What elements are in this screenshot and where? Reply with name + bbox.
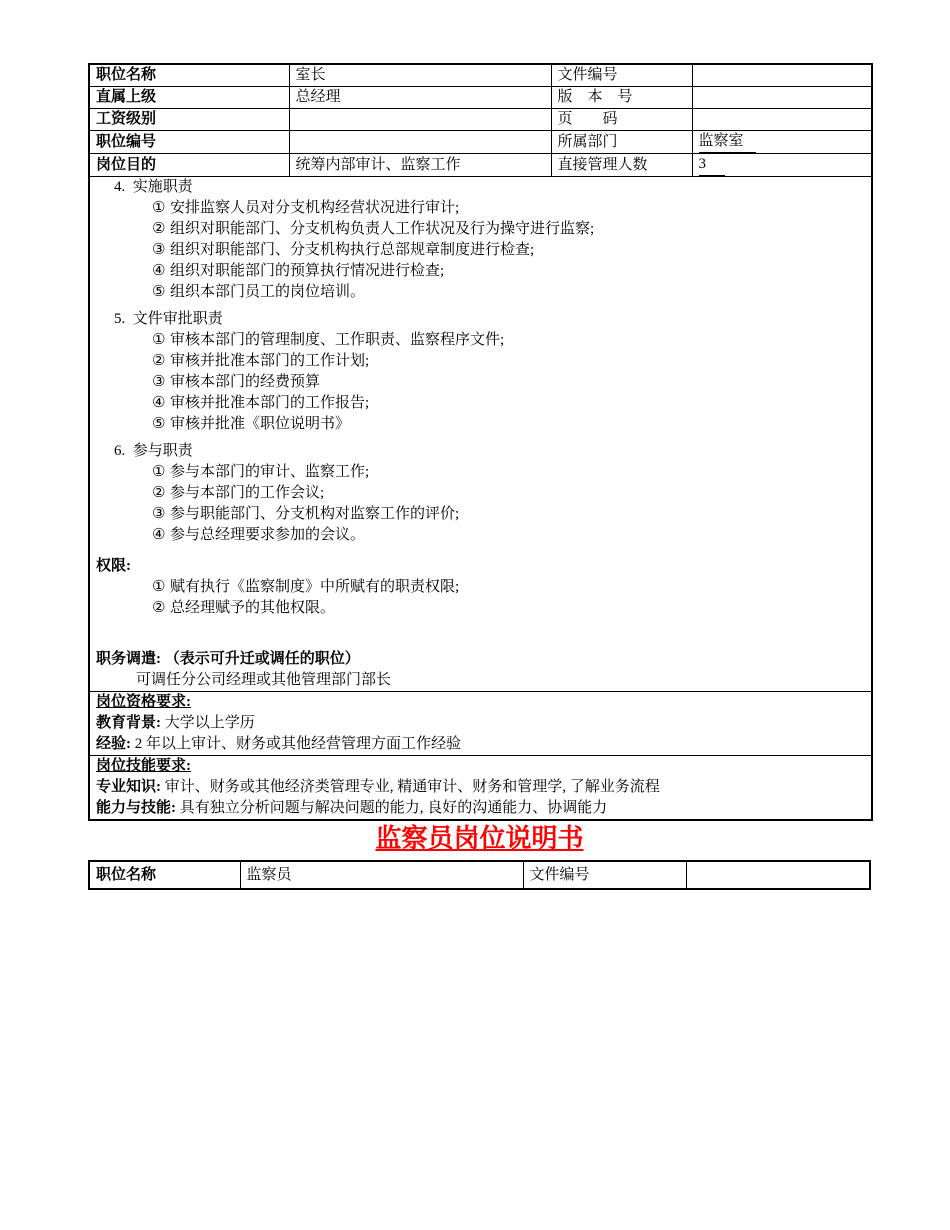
cell-label: 文件编号: [523, 861, 686, 889]
cell-label: 页 码: [551, 109, 692, 131]
headcount-value: 3: [699, 154, 725, 176]
duty-section-title: 5. 文件审批职责: [96, 309, 865, 330]
duty-item: ②参与本部门的工作会议;: [96, 483, 865, 504]
duty-section: 6. 参与职责 ①参与本部门的审计、监察工作; ②参与本部门的工作会议; ③参与…: [96, 441, 865, 546]
cell-value: 监察室: [692, 131, 872, 154]
duty-item: ①安排监察人员对分支机构经营状况进行审计;: [96, 198, 865, 219]
duty-item: ⑤组织本部门员工的岗位培训。: [96, 282, 865, 303]
cell-value: 3: [692, 154, 872, 177]
authority-heading: 权限:: [96, 556, 865, 577]
table-row: 工资级别 页 码: [89, 109, 872, 131]
department-value: 监察室: [699, 131, 756, 153]
transfer-content: 可调任分公司经理或其他管理部门部长: [96, 670, 865, 691]
skill-row: 能力与技能: 具有独立分析问题与解决问题的能力, 良好的沟通能力、协调能力: [96, 798, 865, 819]
cell-value: 统筹内部审计、监察工作: [289, 154, 551, 177]
cell-label: 职位名称: [89, 64, 289, 87]
skill-row: 专业知识: 审计、财务或其他经济类管理专业, 精通审计、财务和管理学, 了解业务…: [96, 777, 865, 798]
transfer-section: 职务调遣: （表示可升迁或调任的职位） 可调任分公司经理或其他管理部门部长: [96, 649, 865, 691]
duty-item: ④审核并批准本部门的工作报告;: [96, 393, 865, 414]
duty-item: ③审核本部门的经费预算: [96, 372, 865, 393]
table-row: 4. 实施职责 ①安排监察人员对分支机构经营状况进行审计; ②组织对职能部门、分…: [89, 177, 872, 692]
cell-value: [692, 109, 872, 131]
cell-label: 工资级别: [89, 109, 289, 131]
duty-item: ⑤审核并批准《职位说明书》: [96, 414, 865, 435]
qualifications-heading: 岗位资格要求:: [96, 692, 865, 713]
duty-item: ④参与总经理要求参加的会议。: [96, 525, 865, 546]
cell-value: 室长: [289, 64, 551, 87]
document-sheet: 职位名称 室长 文件编号 直属上级 总经理 版 本 号 工资级别 页 码 职位编…: [88, 63, 871, 890]
job-description-table: 职位名称 室长 文件编号 直属上级 总经理 版 本 号 工资级别 页 码 职位编…: [88, 63, 873, 821]
cell-value: 监察员: [240, 861, 523, 889]
duty-item: ③参与职能部门、分支机构对监察工作的评价;: [96, 504, 865, 525]
table-row: 职位名称 室长 文件编号: [89, 64, 872, 87]
cell-value: [692, 64, 872, 87]
second-doc-table: 职位名称 监察员 文件编号: [88, 860, 871, 890]
cell-value: [686, 861, 870, 889]
cell-label: 所属部门: [551, 131, 692, 154]
duty-item: ①参与本部门的审计、监察工作;: [96, 462, 865, 483]
cell-value: 总经理: [289, 87, 551, 109]
cell-value: [692, 87, 872, 109]
table-row: 职位编号 所属部门 监察室: [89, 131, 872, 154]
cell-label: 职位名称: [89, 861, 240, 889]
cell-value: [289, 131, 551, 154]
table-row: 直属上级 总经理 版 本 号: [89, 87, 872, 109]
cell-label: 文件编号: [551, 64, 692, 87]
cell-label: 直属上级: [89, 87, 289, 109]
skills-heading: 岗位技能要求:: [96, 756, 865, 777]
skills-cell: 岗位技能要求: 专业知识: 审计、财务或其他经济类管理专业, 精通审计、财务和管…: [89, 756, 872, 821]
table-row: 岗位技能要求: 专业知识: 审计、财务或其他经济类管理专业, 精通审计、财务和管…: [89, 756, 872, 821]
qualification-row: 经验: 2 年以上审计、财务或其他经营管理方面工作经验: [96, 734, 865, 755]
cell-label: 版 本 号: [551, 87, 692, 109]
duties-cell: 4. 实施职责 ①安排监察人员对分支机构经营状况进行审计; ②组织对职能部门、分…: [89, 177, 872, 692]
duty-item: ③组织对职能部门、分支机构执行总部规章制度进行检查;: [96, 240, 865, 261]
duty-item: ②组织对职能部门、分支机构负责人工作状况及行为操守进行监察;: [96, 219, 865, 240]
authority-section: 权限: ①赋有执行《监察制度》中所赋有的职责权限; ②总经理赋予的其他权限。: [96, 556, 865, 619]
document-page: 职位名称 室长 文件编号 直属上级 总经理 版 本 号 工资级别 页 码 职位编…: [0, 0, 950, 1230]
qualification-row: 教育背景: 大学以上学历: [96, 713, 865, 734]
authority-item: ①赋有执行《监察制度》中所赋有的职责权限;: [96, 577, 865, 598]
cell-label: 职位编号: [89, 131, 289, 154]
duty-item: ④组织对职能部门的预算执行情况进行检查;: [96, 261, 865, 282]
duty-section-title: 4. 实施职责: [96, 177, 865, 198]
qualifications-cell: 岗位资格要求: 教育背景: 大学以上学历 经验: 2 年以上审计、财务或其他经营…: [89, 692, 872, 756]
duty-item: ①审核本部门的管理制度、工作职责、监察程序文件;: [96, 330, 865, 351]
cell-label: 直接管理人数: [551, 154, 692, 177]
authority-item: ②总经理赋予的其他权限。: [96, 598, 865, 619]
table-row: 岗位目的 统筹内部审计、监察工作 直接管理人数 3: [89, 154, 872, 177]
table-row: 职位名称 监察员 文件编号: [89, 861, 870, 889]
second-doc-title: 监察员岗位说明书: [88, 824, 871, 854]
duty-section: 4. 实施职责 ①安排监察人员对分支机构经营状况进行审计; ②组织对职能部门、分…: [96, 177, 865, 303]
duty-section-title: 6. 参与职责: [96, 441, 865, 462]
transfer-heading: 职务调遣: （表示可升迁或调任的职位）: [96, 649, 865, 670]
duty-section: 5. 文件审批职责 ①审核本部门的管理制度、工作职责、监察程序文件; ②审核并批…: [96, 309, 865, 435]
cell-label: 岗位目的: [89, 154, 289, 177]
table-row: 岗位资格要求: 教育背景: 大学以上学历 经验: 2 年以上审计、财务或其他经营…: [89, 692, 872, 756]
duty-item: ②审核并批准本部门的工作计划;: [96, 351, 865, 372]
cell-value: [289, 109, 551, 131]
